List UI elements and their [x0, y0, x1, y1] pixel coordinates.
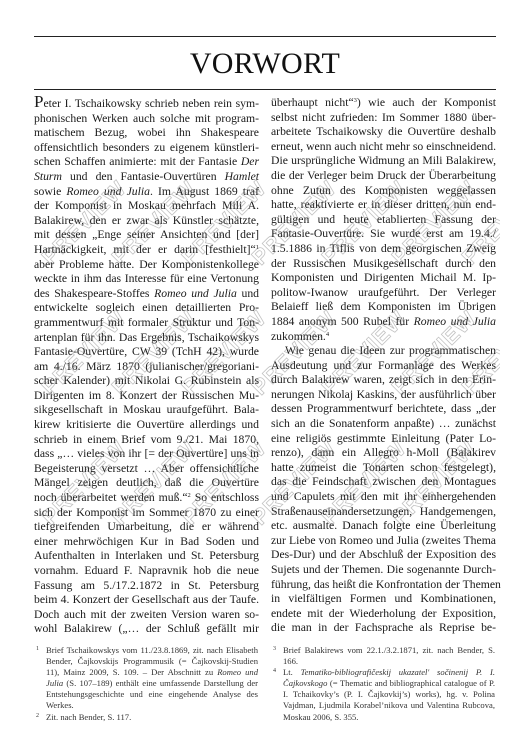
text-line: die man in der Fachsprache als Reprise b…: [271, 621, 496, 636]
text-line: nerungen Nikolaj Kaskins, der ausführlic…: [271, 388, 496, 403]
text-line: sikgesellschaft in Moskau uraufgeführt. …: [34, 403, 259, 418]
text-line: endete mit der Wiederholung der Expositi…: [271, 607, 496, 622]
paragraph-2: Wie genau die Ideen zur programmatischen: [271, 344, 496, 359]
footnote-ref-4: 4: [326, 331, 329, 338]
text-line: schrieb in einem Brief vom 9./21. Mai 18…: [34, 433, 259, 448]
text-line: weckte in ihm das Interesse für eine Ver…: [34, 272, 259, 287]
footnote-1: 1Brief Tschaikowskys vom 11./23.8.1869, …: [36, 645, 258, 712]
text-line: aber Probleme hatte. Der Komponistenkoll…: [34, 258, 259, 273]
body-column-right: überhaupt nicht“3) wie auch der Komponis…: [271, 96, 496, 636]
text-line: überhaupt nicht“3) wie auch der Komponis…: [271, 96, 496, 111]
text-line: mit dessen „Enge seiner Ansichten und [d…: [34, 228, 259, 243]
text-line: Komponisten und Dirigenten Michail M. Ip…: [271, 271, 496, 286]
text-line: beim 4. Konzert der Gesellschaft aus der…: [34, 593, 259, 608]
text-line: offensichtlich besonders zu eigenem küns…: [34, 141, 259, 156]
footnote-number: 4: [273, 666, 276, 677]
text-line: scher Kalender) mit Nikolai G. Rubinstei…: [34, 374, 259, 389]
text-line: und Capulets mit den mit ihr einhergehen…: [271, 490, 496, 505]
text-line: sich der Komponist im Sommer 1870 zu ein…: [34, 506, 259, 521]
text-line: Ausdeutung und zur Formanlage des Werkes: [271, 359, 496, 374]
text-line: 1.5.1886 in Tiflis von dem georgischen Z…: [271, 242, 496, 257]
text-line: sich an die Sonatenform anpaßte) … zunäc…: [271, 417, 496, 432]
text-line: Wie genau die Ideen zur programmatischen: [271, 344, 496, 359]
text-line: einer mehrwöchigen Kur in Bad Soden und: [34, 535, 259, 550]
text-line: dass „… vieles von ihr [= der Ouvertüre]…: [34, 447, 259, 462]
text-line: Doch auch mit der zweiten Version waren …: [34, 608, 259, 623]
text-line: politow-Iwanow uraufgeführt. Der Verlege…: [271, 286, 496, 301]
text-line: Hartnäckigkeit, mit der er darin [festhi…: [34, 243, 259, 258]
text-line: ohne Zutun des Komponisten weggelassen: [271, 184, 496, 199]
text-line: Fassung am 5./17.2.1872 in St. Petersbur…: [34, 579, 259, 594]
footnote-ref-1: 1: [256, 244, 259, 251]
text-line: schen Schaffen animierte: mit der Fantas…: [34, 155, 259, 170]
text-line: durch Balakirew waren, zeigt sich in den…: [271, 373, 496, 388]
text-line: gültigen und heute etablierten Fassung d…: [271, 213, 496, 228]
footnote-number: 2: [36, 711, 39, 722]
text-line: Fantasie-Ouvertüre. Sie wurde erst am 19…: [271, 227, 496, 242]
text-line: Mängel zeigen deutlich, daß die Ouvertür…: [34, 476, 259, 491]
title-rule-bottom: [34, 89, 496, 90]
text-line: der Komponist in Moskau mehrfach Mili A.: [34, 199, 259, 214]
text-line: hatte, reaktivierte er in dieser dritten…: [271, 198, 496, 213]
footnote-4: 4Lt. Tematiko-bibliografičeskij ukazatel…: [273, 667, 495, 722]
paragraph-1-continued: überhaupt nicht“3) wie auch der Komponis…: [271, 96, 496, 344]
text-line: Peter I. Tschaikowsky schrieb neben rein…: [34, 96, 259, 112]
text-line: Des-Dur) und der Abschluß der Exposition…: [271, 548, 496, 563]
text-line: etc. ausmalte. Danach folgte eine Überle…: [271, 519, 496, 534]
text-line: grammentwurf mit formaler Struktur und T…: [34, 316, 259, 331]
title-rule-top: [34, 36, 496, 37]
text-line: Fantasie-Ouvertüre, CW 39 (TchH 42), wur…: [34, 345, 259, 360]
text-line: kirew kritisierte die Ouvertüre allerdin…: [34, 418, 259, 433]
footnote-number: 3: [273, 644, 276, 655]
text-line: dessen Programmentwurf berichtete, dass …: [271, 402, 496, 417]
body-column-left: Peter I. Tschaikowsky schrieb neben rein…: [34, 96, 259, 637]
text-line: am 4./16. März 1870 (julianischer/gregor…: [34, 360, 259, 375]
text-line: des Shakespeare-Stoffes Romeo und Julia …: [34, 287, 259, 302]
text-line: zur Liebe von Romeo und Julia (zweites T…: [271, 534, 496, 549]
text-line: eine religiös gestimmte Einleitung (Pate…: [271, 432, 496, 447]
text-line: das die Feindschaft zwischen den Montagu…: [271, 475, 496, 490]
paragraph-2-body: Ausdeutung und zur Formanlage des Werkes…: [271, 359, 496, 636]
text-line: Aufenthalten in Interlaken und St. Peter…: [34, 549, 259, 564]
text-line: zukommen.4: [271, 330, 496, 345]
text-line: Straßenauseinandersetzungen, Handgemenge…: [271, 505, 496, 520]
text-line: Sujets und der Themen. Die sogenannte Du…: [271, 563, 496, 578]
text-line: selbst nicht zufrieden: Im Sommer 1880 ü…: [271, 111, 496, 126]
footnote-3: 3Brief Balakirews vom 22.1./3.2.1871, zi…: [273, 645, 495, 667]
text-line: sowie Romeo und Julia. Im August 1869 tr…: [34, 185, 259, 200]
text-line: phonischen Werken auch solche mit progra…: [34, 112, 259, 127]
text-line: in vielfältigen Formen und Kombinationen…: [271, 592, 496, 607]
text-line: die der Verleger beim Druck der Überarbe…: [271, 169, 496, 184]
text-line: hatte zumeist die Tonarten schon festgel…: [271, 461, 496, 476]
footnotes-right: 3Brief Balakirews vom 22.1./3.2.1871, zi…: [273, 645, 495, 723]
text-line: artenplan für ihn. Das Ergebnis, Tschaik…: [34, 331, 259, 346]
page-title: VORWORT: [34, 46, 496, 82]
text-line: renzo), dann ein Allegro h-Moll (Balakir…: [271, 446, 496, 461]
text-line: vornahm. Eduard F. Napravnik hob die neu…: [34, 564, 259, 579]
text-line: Begeisterung versetzt … Aber offensichtl…: [34, 462, 259, 477]
text-line: matischem Bezug, wobei ihn Shakespeare: [34, 126, 259, 141]
text-line: der Russischen Musikgesellschaft durch d…: [271, 257, 496, 272]
footnote-number: 1: [36, 644, 39, 655]
text-line: tiefgreifenden Umarbeitung, die er währe…: [34, 520, 259, 535]
footnote-2: 2Zit. nach Bender, S. 117.: [36, 712, 258, 723]
text-line: entwickelte sogleich einen detaillierten…: [34, 301, 259, 316]
text-line: erneut, wenn auch nicht mehr so einschne…: [271, 140, 496, 155]
text-line: Dirigenten im 8. Konzert der Russischen …: [34, 389, 259, 404]
text-line: Belaieff ließ dem Komponisten im Übrigen: [271, 300, 496, 315]
text-line: führung, das heißt die Konfrontation der…: [271, 578, 496, 593]
text-line: wohl Balakirew („… der Schluß gefällt mi…: [34, 622, 259, 637]
text-line: arbeitete Tschaikowsky die Ouvertüre des…: [271, 125, 496, 140]
paragraph-1: Peter I. Tschaikowsky schrieb neben rein…: [34, 96, 259, 637]
text-line: noch überarbeitet werden muß.“2 So entsc…: [34, 491, 259, 506]
text-line: 1884 anonym 500 Rubel für Romeo und Juli…: [271, 315, 496, 330]
footnotes-left: 1Brief Tschaikowskys vom 11./23.8.1869, …: [36, 645, 258, 723]
text-line: Die ursprüngliche Widmung an Mili Balaki…: [271, 154, 496, 169]
text-line: Sturm und den Fantasie-Ouvertüren Hamlet: [34, 170, 259, 185]
text-line: Balakirew, den er zwar als Künstler schä…: [34, 214, 259, 229]
